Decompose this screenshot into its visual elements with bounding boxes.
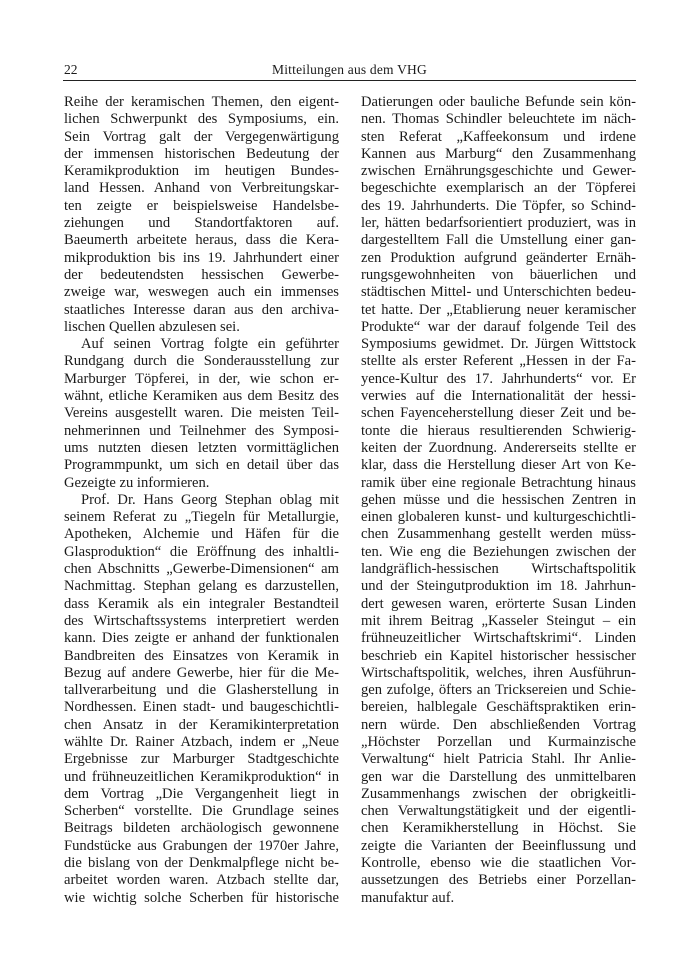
text-line: „Höchster Porzellan und Kurmainzische [361, 734, 636, 751]
text-line: ums nutzten diesen letzten vormittäglich… [64, 440, 339, 457]
text-line: ten. Wie eng die Beziehungen zwischen de… [361, 544, 636, 561]
text-line: chen Ansatz in der Keramikinterpretation [64, 717, 339, 734]
text-line: Glasproduktion“ die Eröffnung des inhalt… [64, 544, 339, 561]
text-line: Fundstücke aus Grabungen der 1970er Jahr… [64, 838, 339, 855]
text-line: Programmpunkt, um sich en detail über da… [64, 457, 339, 474]
text-line: nern würde. Den abschließenden Vortrag [361, 717, 636, 734]
text-line: staatliches Interesse daran aus den arch… [64, 302, 339, 319]
text-line: Bezug auf andere Gewerbe, hier für die M… [64, 665, 339, 682]
text-line: des Wirtschaftssystems interpretiert wer… [64, 613, 339, 630]
text-line: wie wichtig solche Scherben für historis… [64, 890, 339, 907]
text-line: aussetzungen des Betriebs einer Porzella… [361, 872, 636, 889]
text-line: Marburger Töpferei, in der, wie schon er… [64, 371, 339, 388]
text-line: Gezeigte zu informieren. [64, 475, 339, 492]
text-line: Keramikproduktion im heutigen Bundes- [64, 163, 339, 180]
text-line: wählte Dr. Rainer Atzbach, indem er „Neu… [64, 734, 339, 751]
text-line: nehmerinnen und Teilnehmer des Symposi- [64, 423, 339, 440]
text-line: seinem Referat zu „Tiegeln für Metallurg… [64, 509, 339, 526]
running-title: Mitteilungen aus dem VHG [63, 62, 636, 78]
text-line: stellte als erster Referent „Hessen in d… [361, 353, 636, 370]
text-line: dert gewesen waren, erörterte Susan Lind… [361, 596, 636, 613]
text-line: Wirtschaftspolitik, welches, ihren Ausfü… [361, 665, 636, 682]
text-line: Datierungen oder bauliche Befunde sein k… [361, 94, 636, 111]
text-line: Kontrolle, ebenso wie die staatlichen Vo… [361, 855, 636, 872]
text-line: beschrieb ein Kapitel historischer hessi… [361, 648, 636, 665]
text-line: Nordhessen. Einen stadt- und baugeschich… [64, 699, 339, 716]
text-line: begeschichte exemplarisch an der Töpfere… [361, 180, 636, 197]
text-line: wähnt, etliche Keramiken aus dem Besitz … [64, 388, 339, 405]
text-column-left: Reihe der keramischen Themen, den eigent… [64, 94, 339, 907]
text-line: Kannen aus Marburg“ den Zusammenhang [361, 146, 636, 163]
text-line: tet hatte. Der „Etablierung neuer kerami… [361, 302, 636, 319]
text-line: chen Zusammenhang gestellt werden müss- [361, 526, 636, 543]
text-line: nen. Thomas Schindler beleuchtete im näc… [361, 111, 636, 128]
text-line: land Hessen. Anhand von Verbreitungskar- [64, 180, 339, 197]
text-line: der immensen historischen Bedeutung der [64, 146, 339, 163]
text-line: der bedeutendsten hessischen Gewerbe- [64, 267, 339, 284]
text-line: dem Vortrag „Die Vergangenheit liegt in [64, 786, 339, 803]
text-line: Auf seinen Vortrag folgte ein geführter [64, 336, 339, 353]
text-line: und frühneuzeitlichen Keramikproduktion“… [64, 769, 339, 786]
text-line: chen Abschnitts „Gewerbe-Dimensionen“ am [64, 561, 339, 578]
text-line: zeigte die Varianten der Beeinflussung u… [361, 838, 636, 855]
text-line: Apotheken, Alchemie und Häfen für die [64, 526, 339, 543]
page-header: 22 Mitteilungen aus dem VHG [63, 62, 636, 81]
text-line: Ergebnisse zur Marburger Stadtgeschichte [64, 751, 339, 768]
text-line: frühneuzeitlicher Wirtschaftskrimi“. Lin… [361, 630, 636, 647]
text-line: verwies auf die Internationalität der he… [361, 388, 636, 405]
text-line: Vereins ausgestellt waren. Die meisten T… [64, 405, 339, 422]
text-line: kann. Dies zeigte er anhand der funktion… [64, 630, 339, 647]
text-line: zweige war, weswegen auch ein immenses [64, 284, 339, 301]
text-line: des 19. Jahrhunderts. Die Töpfer, so Sch… [361, 198, 636, 215]
text-line: und der Steingutproduktion im 18. Jahrhu… [361, 578, 636, 595]
text-line: schen Fayenceherstellung dieser Zeit und… [361, 405, 636, 422]
text-line: Zusammenhangs zwischen der obrigkeitli- [361, 786, 636, 803]
text-line: Bandbreiten des Einsatzes von Keramik in [64, 648, 339, 665]
text-line: Beitrags bildeten archäologisch gewonnen… [64, 820, 339, 837]
text-line: einen globaleren kunst- und kulturgeschi… [361, 509, 636, 526]
text-line: mikproduktion bis ins 19. Jahrhundert ei… [64, 250, 339, 267]
text-line: keiten der Zuordnung. Andererseits stell… [361, 440, 636, 457]
text-line: zwischen Ernährungsgeschichte und Gewer- [361, 163, 636, 180]
text-line: ler, hätten bedarfsorientiert produziert… [361, 215, 636, 232]
text-line: sten Referat „Kaffeekonsum und irdene [361, 129, 636, 146]
text-line: gen zufolge, öfters an Tricksereien und … [361, 682, 636, 699]
text-line: bereien, halblegale Geschäftspraktiken e… [361, 699, 636, 716]
text-line: manufaktur auf. [361, 890, 636, 907]
text-line: chen Verwaltungstätigkeit und der eigent… [361, 803, 636, 820]
text-line: lischen Quellen abzulesen sei. [64, 319, 339, 336]
text-line: Reihe der keramischen Themen, den eigent… [64, 94, 339, 111]
text-line: dass Keramik als ein integraler Bestandt… [64, 596, 339, 613]
text-line: tallverarbeitung und die Glasherstellung… [64, 682, 339, 699]
text-line: Scherben“ vorstellte. Die Grundlage sein… [64, 803, 339, 820]
text-line: Symposiums gewidmet. Dr. Jürgen Wittstoc… [361, 336, 636, 353]
text-line: landgräflich-hessischen Wirtschaftspolit… [361, 561, 636, 578]
text-line: Baeumerth arbeitete heraus, dass die Ker… [64, 232, 339, 249]
text-line: Produkte“ war der darauf folgende Teil d… [361, 319, 636, 336]
text-line: Prof. Dr. Hans Georg Stephan oblag mit [64, 492, 339, 509]
text-line: gehen müsse und die hessischen Zentren i… [361, 492, 636, 509]
text-line: Sein Vortrag galt der Vergegenwärtigung [64, 129, 339, 146]
text-line: ziehungen und Standortfaktoren auf. [64, 215, 339, 232]
document-page: 22 Mitteilungen aus dem VHG Reihe der ke… [0, 0, 700, 966]
text-line: ramik über eine regionale Betrachtung hi… [361, 475, 636, 492]
text-line: städtischen Mittel- und Unterschichten b… [361, 284, 636, 301]
text-line: die bislang von der Denkmalpflege nicht … [64, 855, 339, 872]
text-line: arbeitet worden waren. Atzbach stellte d… [64, 872, 339, 889]
text-line: gen war die Darstellung des unmittelbare… [361, 769, 636, 786]
text-line: ten zeigte er beispielsweise Handelsbe- [64, 198, 339, 215]
text-line: Nachmittag. Stephan gelang es darzustell… [64, 578, 339, 595]
text-line: zen Produktion aufgrund geänderter Ernäh… [361, 250, 636, 267]
text-line: Verwaltung“ hielt Patricia Stahl. Ihr An… [361, 751, 636, 768]
text-line: mit ihrem Beitrag „Kasseler Steingut – e… [361, 613, 636, 630]
text-line: rungsgewohnheiten von bäuerlichen und [361, 267, 636, 284]
text-line: lichen Schwerpunkt des Symposiums, ein. [64, 111, 339, 128]
text-column-right: Datierungen oder bauliche Befunde sein k… [361, 94, 636, 907]
text-line: tonte die hieraus resultierenden Schwier… [361, 423, 636, 440]
text-line: Rundgang durch die Sonderausstellung zur [64, 353, 339, 370]
text-line: dargestelltem Fall die Umstellung einer … [361, 232, 636, 249]
text-line: klar, dass die Herstellung dieser Art vo… [361, 457, 636, 474]
text-line: chen Keramikherstellung in Höchst. Sie [361, 820, 636, 837]
text-line: yence-Kultur des 17. Jahrhunderts“ vor. … [361, 371, 636, 388]
